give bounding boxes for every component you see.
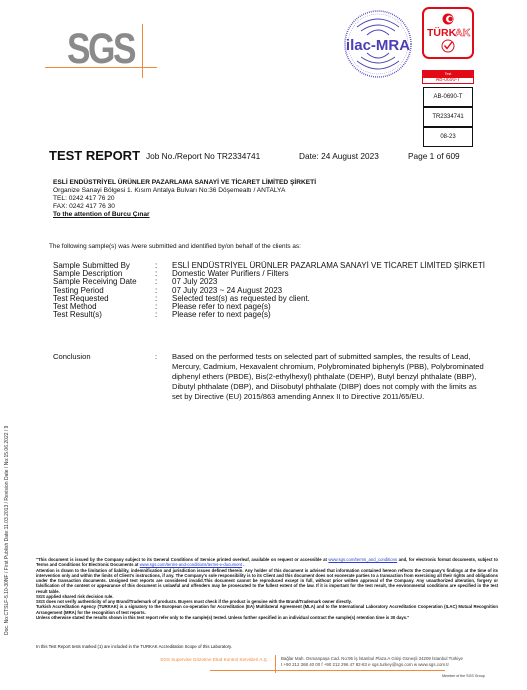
- sample-info-table: Sample Submitted By : ESLİ ENDÜSTRİYEL Ü…: [53, 262, 492, 319]
- turkak-scope-note: In this Test Report tests marked (1) are…: [36, 644, 232, 649]
- turkak-code: AB-0690-T: [422, 77, 474, 84]
- conclusion-text: Based on the performed tests on selected…: [172, 352, 487, 402]
- colon: :: [155, 287, 172, 295]
- sample-row: Test Requested : Selected test(s) as req…: [53, 295, 492, 303]
- page-number: Page 1 of 609: [408, 151, 460, 161]
- client-fax: FAX: 0242 417 76 30: [53, 203, 316, 211]
- sample-value: Please refer to next page(s): [172, 311, 492, 319]
- footer-orange-line: [210, 670, 445, 671]
- accreditation-no-box: AB-0690-T: [423, 87, 473, 107]
- report-title: TEST REPORT: [49, 148, 140, 163]
- disclaimer-turkak: Turkish Accreditation Agency (TURKAK) is…: [36, 604, 498, 615]
- sample-value: Domestic Water Purifiers / Filters: [172, 270, 492, 278]
- e-document-terms-link[interactable]: www.sgs.com/terms-and-conditions/terms-e…: [140, 562, 243, 567]
- logo-orange-vline: [142, 24, 143, 78]
- colon: :: [155, 352, 172, 402]
- colon: :: [155, 270, 172, 278]
- client-tel: TEL: 0242 417 76 20: [53, 195, 316, 203]
- report-date: Date: 24 August 2023: [299, 151, 379, 161]
- colon: :: [155, 303, 172, 311]
- sample-label: Test Result(s): [53, 311, 155, 319]
- colon: :: [155, 311, 172, 319]
- svg-text:AK: AK: [455, 27, 471, 39]
- footer-contact: t +90 212 368 40 00 f +90 212 296 47 82-…: [281, 662, 463, 668]
- colon: :: [155, 278, 172, 286]
- report-no-box: TR2334741: [423, 107, 473, 127]
- disclaimer-text: .: [242, 562, 244, 567]
- svg-text:TÜRK: TÜRK: [427, 26, 457, 39]
- disclaimer-text: "This document is issued by the Company …: [36, 557, 328, 562]
- conclusion-label: Conclusion: [53, 352, 155, 402]
- sample-row: Test Method : Please refer to next page(…: [53, 303, 492, 311]
- colon: :: [155, 262, 172, 270]
- document-control-text: Doc. No:CTSLF-5.10-30NF / First Publish …: [4, 426, 10, 635]
- footer-company: SGS Supervise Gözetme Etüd Kontrol Servi…: [88, 657, 268, 662]
- sample-row: Test Result(s) : Please refer to next pa…: [53, 311, 492, 319]
- disclaimer-retention: Unless otherwise stated the results show…: [36, 615, 498, 620]
- client-address: Organize Sanayi Bölgesi 1. Kısım Antalya…: [53, 187, 316, 195]
- conclusion-row: Conclusion : Based on the performed test…: [53, 352, 487, 402]
- ilac-text: ilac-MRA: [346, 37, 410, 54]
- footer-address-block: Bağlar Mah. Osmanpaşa Cad. No:95 İş İsta…: [281, 656, 463, 667]
- job-report-number: Job No./Report No TR2334741: [146, 151, 260, 161]
- intro-text: The following sample(s) was /were submit…: [49, 243, 301, 250]
- sgs-logo: SGS: [45, 22, 157, 77]
- disclaimer-attention: Attention is drawn to the limitation of …: [36, 568, 498, 594]
- colon: :: [155, 295, 172, 303]
- client-attention: To the attention of Burcu Çınar: [53, 211, 316, 219]
- logo-orange-hline: [45, 67, 157, 68]
- client-name: ESLİ ENDÜSTRİYEL ÜRÜNLER PAZARLAMA SANAY…: [53, 179, 316, 187]
- terms-link[interactable]: www.sgs.com/terms_and_conditions: [328, 557, 397, 562]
- turkak-emblem: TÜRK AK: [424, 9, 472, 57]
- disclaimer: "This document is issued by the Company …: [36, 557, 498, 620]
- sgs-logo-text: SGS: [67, 26, 134, 72]
- footer-member-text: Member of the SGS Group: [442, 674, 485, 678]
- client-block: ESLİ ENDÜSTRİYEL ÜRÜNLER PAZARLAMA SANAY…: [53, 179, 316, 219]
- turkak-logo: TÜRK AK: [422, 7, 474, 59]
- footer-address: Bağlar Mah. Osmanpaşa Cad. No:95 İş İsta…: [281, 656, 463, 662]
- ilac-mra-logo: ilac-MRA: [343, 5, 413, 82]
- date-code-box: 08-23: [423, 127, 473, 147]
